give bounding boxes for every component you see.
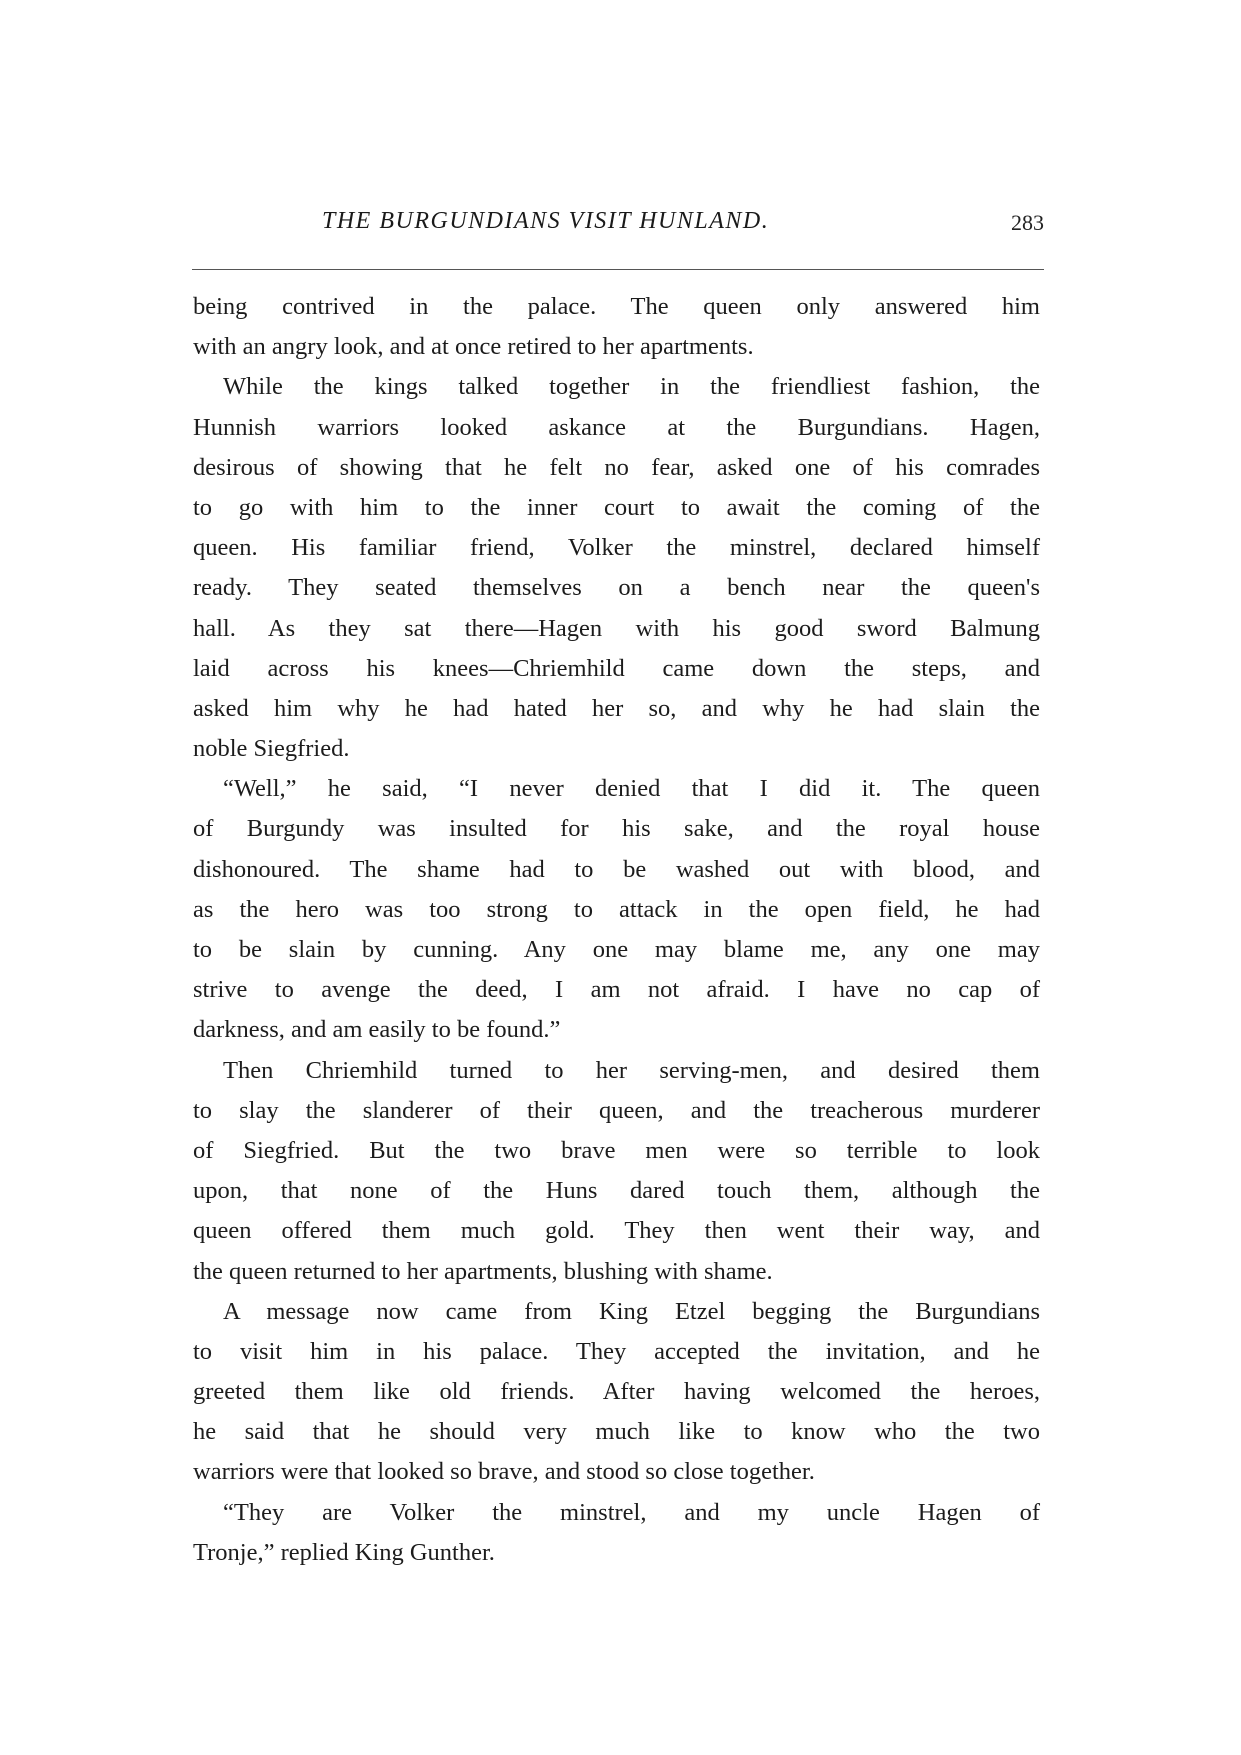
paragraph: “They are Volker the minstrel, and my un… — [193, 1493, 1040, 1573]
text-line: queen offered them much gold. They then … — [193, 1211, 1040, 1251]
header-rule — [192, 269, 1044, 270]
text-line: to go with him to the inner court to awa… — [193, 488, 1040, 528]
text-line: queen. His familiar friend, Volker the m… — [193, 528, 1040, 568]
text-line: upon, that none of the Huns dared touch … — [193, 1171, 1040, 1211]
text-line: ready. They seated themselves on a bench… — [193, 568, 1040, 608]
paragraph: A message now came from King Etzel beggi… — [193, 1292, 1040, 1493]
text-line: A message now came from King Etzel beggi… — [193, 1292, 1040, 1332]
text-line: to be slain by cunning. Any one may blam… — [193, 930, 1040, 970]
text-line: warriors were that looked so brave, and … — [193, 1452, 1040, 1492]
text-line: strive to avenge the deed, I am not afra… — [193, 970, 1040, 1010]
text-line: darkness, and am easily to be found.” — [193, 1010, 1040, 1050]
text-line: of Siegfried. But the two brave men were… — [193, 1131, 1040, 1171]
text-line: Then Chriemhild turned to her serving-me… — [193, 1051, 1040, 1091]
running-header: THE BURGUNDIANS VISIT HUNLAND. 283 — [322, 200, 1044, 240]
text-line: to visit him in his palace. They accepte… — [193, 1332, 1040, 1372]
text-line: being contrived in the palace. The queen… — [193, 287, 1040, 327]
paragraph: Then Chriemhild turned to her serving-me… — [193, 1051, 1040, 1292]
page-number: 283 — [1011, 210, 1044, 236]
text-line: desirous of showing that he felt no fear… — [193, 448, 1040, 488]
text-line: While the kings talked together in the f… — [193, 367, 1040, 407]
paragraph: While the kings talked together in the f… — [193, 367, 1040, 769]
text-line: “They are Volker the minstrel, and my un… — [193, 1493, 1040, 1533]
text-line: to slay the slanderer of their queen, an… — [193, 1091, 1040, 1131]
text-line: greeted them like old friends. After hav… — [193, 1372, 1040, 1412]
text-line: with an angry look, and at once retired … — [193, 327, 1040, 367]
text-line: laid across his knees—Chriemhild came do… — [193, 649, 1040, 689]
text-line: of Burgundy was insulted for his sake, a… — [193, 809, 1040, 849]
text-line: asked him why he had hated her so, and w… — [193, 689, 1040, 729]
text-line: dishonoured. The shame had to be washed … — [193, 850, 1040, 890]
paragraph: “Well,” he said, “I never denied that I … — [193, 769, 1040, 1050]
text-line: Hunnish warriors looked askance at the B… — [193, 408, 1040, 448]
text-line: hall. As they sat there—Hagen with his g… — [193, 609, 1040, 649]
text-line: as the hero was too strong to attack in … — [193, 890, 1040, 930]
text-line: noble Siegfried. — [193, 729, 1040, 769]
body-text: being contrived in the palace. The queen… — [193, 287, 1040, 1573]
text-line: he said that he should very much like to… — [193, 1412, 1040, 1452]
text-line: the queen returned to her apartments, bl… — [193, 1252, 1040, 1292]
text-line: “Well,” he said, “I never denied that I … — [193, 769, 1040, 809]
running-title: THE BURGUNDIANS VISIT HUNLAND. — [322, 208, 769, 235]
paragraph: being contrived in the palace. The queen… — [193, 287, 1040, 367]
text-line: Tronje,” replied King Gunther. — [193, 1533, 1040, 1573]
